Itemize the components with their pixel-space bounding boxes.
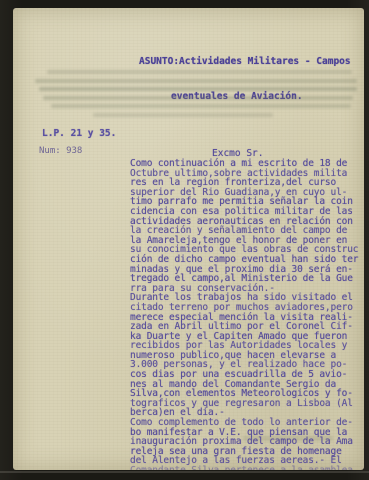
letter-body: Como continuación a mi escrito de 18 deO… — [130, 159, 364, 470]
body-line: cidencia con esa politica militar de las — [130, 207, 364, 217]
body-line: Comandante Silva pertenece a la asamblea — [130, 466, 364, 470]
scan-border-highlight — [0, 471, 369, 473]
bleedthrough-smudge — [51, 104, 351, 108]
bleedthrough-smudge — [43, 96, 353, 100]
bleedthrough-smudge — [35, 79, 357, 83]
bleedthrough-area — [33, 70, 363, 128]
body-line: inauguración proxima del campo de la Ama — [130, 437, 364, 447]
body-line: su conocimiento que las obras de constru… — [130, 245, 364, 255]
reference-number: L.P. 21 y 35. — [42, 128, 116, 139]
document-number: Num: 938 — [39, 146, 82, 156]
body-line: citado terreno por muchos aviadores,pero — [130, 303, 364, 313]
body-line: zada en Abril ultimo por el Coronel Cif- — [130, 322, 364, 332]
bleedthrough-smudge — [93, 113, 273, 117]
body-line: nes al mando del Comandante Sergio da — [130, 380, 364, 390]
bleedthrough-smudge — [47, 70, 352, 74]
body-line: superior del Rio Guadiana,y en cuyo ul- — [130, 188, 364, 198]
body-line: Como complemento de todo lo anterior de- — [130, 418, 364, 428]
subject-line-1: ASUNTO:Actividades Militares - Campos — [139, 56, 364, 68]
body-line: minadas y que el proximo dia 30 será en- — [130, 265, 364, 275]
letter-paper: ASUNTO:Actividades Militares - Campos ev… — [13, 8, 364, 470]
bleedthrough-smudge — [39, 87, 357, 91]
body-line: 3.000 personas, y el realizado hace po- — [130, 360, 364, 370]
